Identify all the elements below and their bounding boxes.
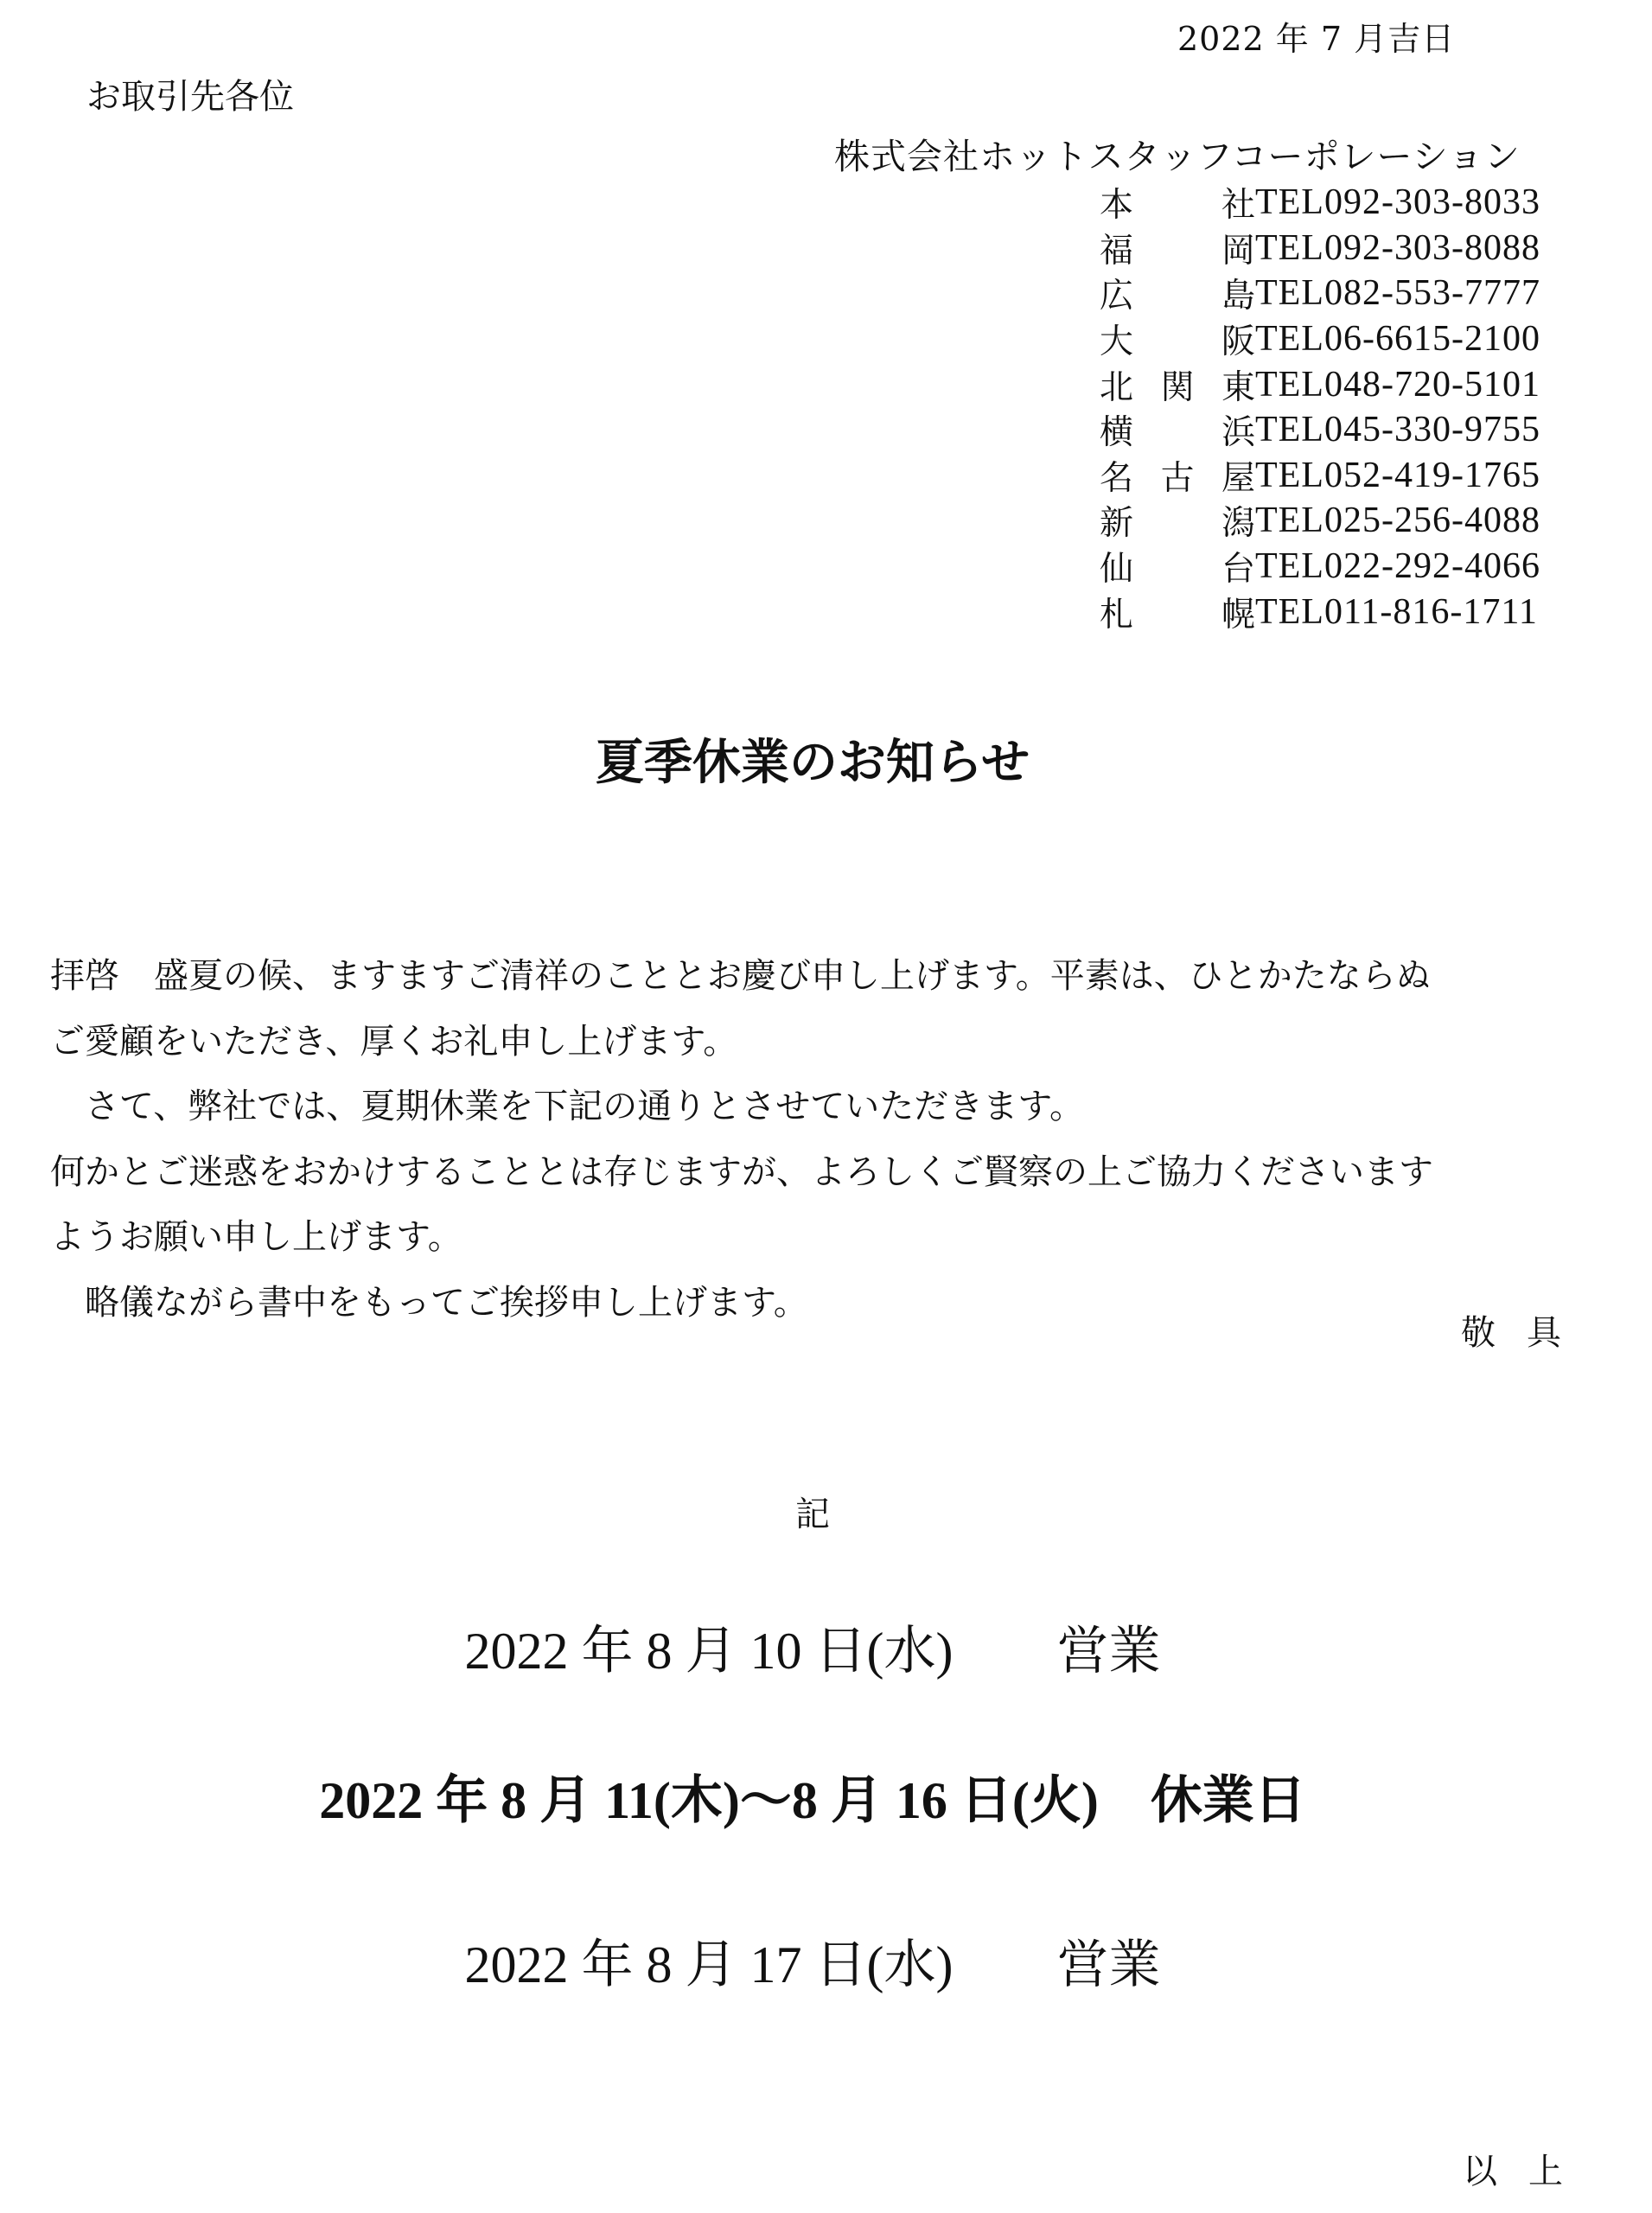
- office-tel: TEL06-6615-2100: [1255, 318, 1540, 360]
- office-row: 仙台TEL022-292-4066: [1100, 544, 1540, 590]
- office-name-char: 浜: [1221, 405, 1255, 454]
- office-name-char: 幌: [1221, 588, 1255, 636]
- closing-ijou: 以上: [1463, 2144, 1594, 2193]
- office-row: 新潟TEL025-256-4088: [1100, 498, 1540, 544]
- office-name: 北関東: [1100, 360, 1255, 409]
- body-line: さて、弊社では、夏期休業を下記の通りとさせていただきます。: [50, 1075, 1598, 1140]
- office-name-char: 本: [1100, 178, 1133, 226]
- office-name: 名古屋: [1100, 451, 1255, 500]
- body-line: ご愛顧をいただき、厚くお礼申し上げます。: [50, 1010, 1598, 1075]
- company-name: 株式会社ホットスタッフコーポレーション: [834, 128, 1521, 179]
- office-name-char: 島: [1221, 269, 1255, 317]
- office-name-char: 社: [1221, 178, 1255, 226]
- body-line: 拝啓 盛夏の候、ますますご清祥のこととお慶び申し上げます。平素は、ひとかたならぬ: [50, 944, 1598, 1010]
- schedule-status: 営業: [1056, 1623, 1160, 1680]
- office-name-char: 岡: [1221, 224, 1255, 272]
- office-name: 横浜: [1100, 405, 1255, 454]
- closing-keigu: 敬具: [1461, 1305, 1592, 1355]
- office-tel: TEL092-303-8088: [1255, 227, 1540, 269]
- letter-body: 拝啓 盛夏の候、ますますご清祥のこととお慶び申し上げます。平素は、ひとかたならぬ…: [50, 944, 1598, 1336]
- schedule-date: 2022 年 8 月 17 日(水): [465, 1936, 954, 1993]
- office-name-char: 新: [1100, 496, 1133, 545]
- office-name-char: 札: [1100, 588, 1133, 636]
- office-name-char: 名: [1100, 451, 1133, 500]
- office-name-char: 関: [1160, 360, 1194, 409]
- office-name: 新潟: [1100, 496, 1255, 545]
- schedule-status: 営業: [1056, 1936, 1160, 1993]
- office-tel: TEL048-720-5101: [1255, 364, 1540, 405]
- office-row: 福岡TEL092-303-8088: [1100, 226, 1540, 271]
- office-name: 広島: [1100, 269, 1255, 317]
- office-name-char: 古: [1160, 451, 1194, 500]
- office-name-char: 屋: [1221, 451, 1255, 500]
- office-name: 札幌: [1100, 588, 1255, 636]
- office-name-char: 北: [1100, 360, 1133, 409]
- office-name-char: 阪: [1221, 315, 1255, 363]
- office-row: 横浜TEL045-330-9755: [1100, 407, 1540, 453]
- office-name-char: 潟: [1221, 496, 1255, 545]
- office-name-char: 東: [1221, 360, 1255, 409]
- office-name-char: 仙: [1100, 542, 1133, 590]
- office-row: 広島TEL082-553-7777: [1100, 271, 1540, 316]
- office-tel: TEL052-419-1765: [1255, 455, 1540, 496]
- office-tel: TEL011-816-1711: [1255, 591, 1538, 633]
- schedule-row-open-before: 2022 年 8 月 10 日(水)営業: [0, 1610, 1625, 1684]
- office-row: 大阪TEL06-6615-2100: [1100, 316, 1540, 362]
- office-name-char: 福: [1100, 224, 1133, 272]
- office-name: 福岡: [1100, 224, 1255, 272]
- document-date: 2022 年 7 月吉日: [1177, 12, 1455, 60]
- office-row: 北関東TEL048-720-5101: [1100, 361, 1540, 407]
- office-name-char: 広: [1100, 269, 1133, 317]
- office-row: 札幌TEL011-816-1711: [1100, 589, 1540, 635]
- notice-heading: 記: [0, 1487, 1625, 1536]
- office-tel: TEL092-303-8033: [1255, 182, 1540, 223]
- office-tel: TEL025-256-4088: [1255, 500, 1540, 541]
- schedule-row-holiday: 2022 年 8 月 11(木)～8 月 16 日(火)休業日: [0, 1759, 1625, 1834]
- office-row: 本社TEL092-303-8033: [1100, 180, 1540, 226]
- office-list: 本社TEL092-303-8033福岡TEL092-303-8088広島TEL0…: [1100, 180, 1540, 635]
- schedule-status: 休業日: [1151, 1772, 1306, 1829]
- schedule-row-open-after: 2022 年 8 月 17 日(水)営業: [0, 1923, 1625, 1998]
- body-line: ようお願い申し上げます。: [50, 1205, 1598, 1271]
- office-name: 仙台: [1100, 542, 1255, 590]
- office-tel: TEL045-330-9755: [1255, 409, 1540, 450]
- body-line: 何かとご迷惑をおかけすることとは存じますが、よろしくご賢察の上ご協力くださいます: [50, 1140, 1598, 1206]
- office-name-char: 台: [1221, 542, 1255, 590]
- recipient: お取引先各位: [86, 69, 294, 118]
- page-title: 夏季休業のお知らせ: [0, 724, 1625, 794]
- office-name-char: 横: [1100, 405, 1133, 454]
- office-name: 本社: [1100, 178, 1255, 226]
- body-line: 略儀ながら書中をもってご挨拶申し上げます。: [50, 1271, 1598, 1336]
- office-name: 大阪: [1100, 315, 1255, 363]
- schedule-date: 2022 年 8 月 10 日(水): [465, 1623, 954, 1680]
- office-name-char: 大: [1100, 315, 1133, 363]
- office-tel: TEL082-553-7777: [1255, 272, 1540, 314]
- office-tel: TEL022-292-4066: [1255, 545, 1540, 587]
- office-row: 名古屋TEL052-419-1765: [1100, 453, 1540, 499]
- schedule-date: 2022 年 8 月 11(木)～8 月 16 日(火): [319, 1772, 1099, 1829]
